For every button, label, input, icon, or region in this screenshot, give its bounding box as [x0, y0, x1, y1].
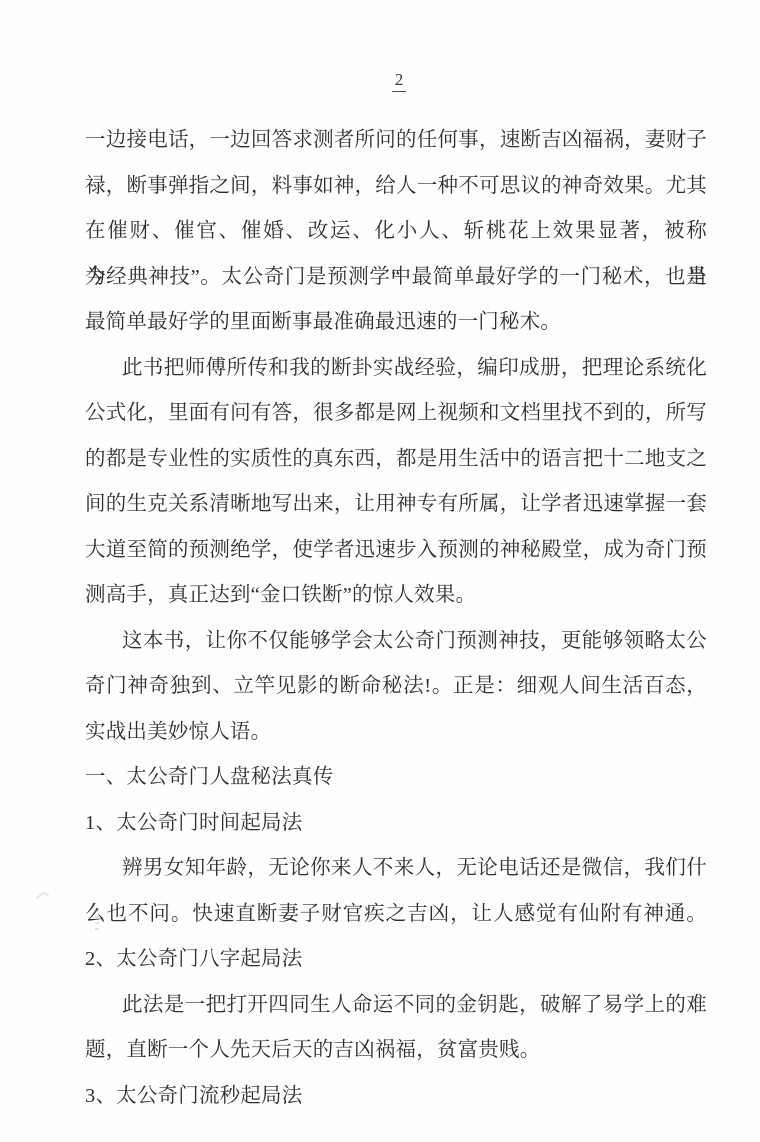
text-line: 么也不问。快速直断妻子财官疾之吉凶，让人感觉有仙附有神通。	[85, 892, 707, 938]
text-line: 实战出美妙惊人语。	[85, 710, 707, 756]
subsection-heading: 3、太公奇门流秒起局法	[85, 1074, 707, 1120]
text-line: 的都是专业性的实质性的真东西，都是用生活中的语言把十二地支之	[85, 437, 707, 483]
text-line: 今经典神技”。太公奇门是预测学中最简单最好学的一门秘术，也是	[85, 255, 707, 301]
text-line: 在催财、催官、催婚、改运、化小人、斩桃花上效果显著，被称为“当	[85, 209, 707, 255]
text-line: 辨男女知年龄，无论你来人不来人，无论电话还是微信，我们什	[85, 846, 707, 892]
text-line: 此书把师傅所传和我的断卦实战经验，编印成册，把理论系统化	[85, 346, 707, 392]
text-line: 公式化，里面有问有答，很多都是网上视频和文档里找不到的，所写	[85, 391, 707, 437]
text-line: 这本书，让你不仅能够学会太公奇门预测神技，更能够领略太公	[85, 619, 707, 665]
page-header: 2	[0, 70, 760, 92]
text-line: 大道至简的预测绝学，使学者迅速步入预测的神秘殿堂，成为奇门预	[85, 528, 707, 574]
page-number: 2	[392, 70, 407, 92]
text-line: 最简单最好学的里面断事最准确最迅速的一门秘术。	[85, 300, 707, 346]
text-line: 间的生克关系清晰地写出来，让用神专有所属，让学者迅速掌握一套	[85, 482, 707, 528]
subsection-heading: 2、太公奇门八字起局法	[85, 937, 707, 983]
subsection-heading: 1、太公奇门时间起局法	[85, 801, 707, 847]
text-line: 禄，断事弹指之间，料事如神，给人一种不可思议的神奇效果。尤其	[85, 164, 707, 210]
text-line: 测高手，真正达到“金口铁断”的惊人效果。	[85, 573, 707, 619]
text-line: 题，直断一个人先天后天的吉凶祸福，贫富贵贱。	[85, 1028, 707, 1074]
text-line: 奇门神奇独到、立竿见影的断命秘法!。正是：细观人间生活百态，	[85, 664, 707, 710]
text-line: 此法是一把打开四同生人命运不同的金钥匙，破解了易学上的难	[85, 983, 707, 1029]
scan-dots-artifact	[95, 910, 99, 932]
scan-smudge-artifact	[36, 889, 50, 901]
page-content: 一边接电话，一边回答求测者所问的任何事，速断吉凶福祸，妻财子 禄，断事弹指之间，…	[85, 118, 707, 1119]
section-heading: 一、太公奇门人盘秘法真传	[85, 755, 707, 801]
document-page: 2 一边接电话，一边回答求测者所问的任何事，速断吉凶福祸，妻财子 禄，断事弹指之…	[0, 0, 760, 1142]
text-line: 一边接电话，一边回答求测者所问的任何事，速断吉凶福祸，妻财子	[85, 118, 707, 164]
